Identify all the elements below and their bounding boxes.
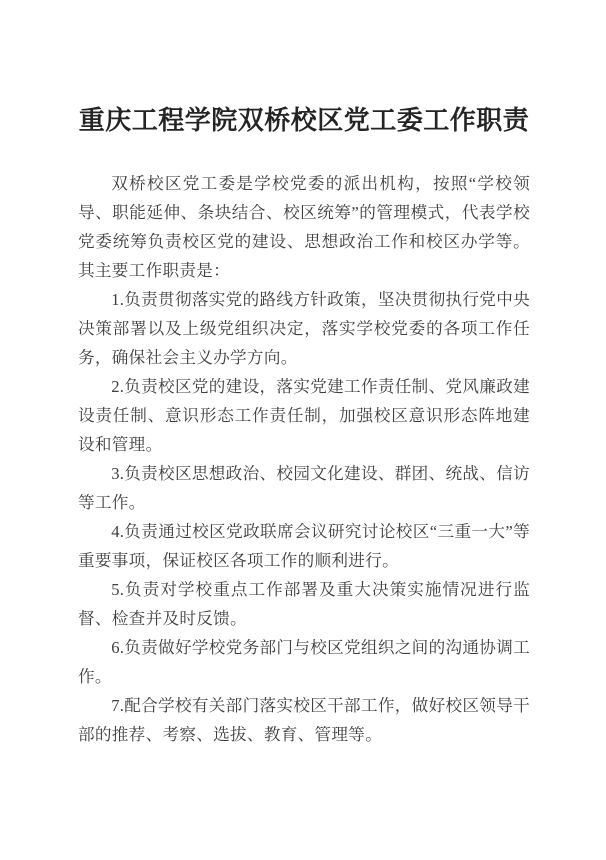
paragraph-duty-4: 4.负责通过校区党政联席会议研究讨论校区“三重一大”等重要事项，保证校区各项工作… <box>78 517 530 575</box>
paragraph-duty-7: 7.配合学校有关部门落实校区干部工作，做好校区领导干部的推荐、考察、选拔、教育、… <box>78 691 530 749</box>
paragraph-intro: 双桥校区党工委是学校党委的派出机构，按照“学校领导、职能延伸、条块结合、校区统筹… <box>78 169 530 285</box>
paragraph-duty-6: 6.负责做好学校党务部门与校区党组织之间的沟通协调工作。 <box>78 633 530 691</box>
document-title: 重庆工程学院双桥校区党工委工作职责 <box>78 104 530 138</box>
paragraph-duty-2: 2.负责校区党的建设，落实党建工作责任制、党风廉政建设责任制、意识形态工作责任制… <box>78 372 530 459</box>
paragraph-duty-3: 3.负责校区思想政治、校园文化建设、群团、统战、信访等工作。 <box>78 459 530 517</box>
paragraph-duty-1: 1.负责贯彻落实党的路线方针政策，坚决贯彻执行党中央决策部署以及上级党组织决定，… <box>78 285 530 372</box>
document-body: 双桥校区党工委是学校党委的派出机构，按照“学校领导、职能延伸、条块结合、校区统筹… <box>78 169 530 749</box>
document-page: 重庆工程学院双桥校区党工委工作职责 双桥校区党工委是学校党委的派出机构，按照“学… <box>0 0 606 860</box>
paragraph-duty-5: 5.负责对学校重点工作部署及重大决策实施情况进行监督、检查并及时反馈。 <box>78 575 530 633</box>
